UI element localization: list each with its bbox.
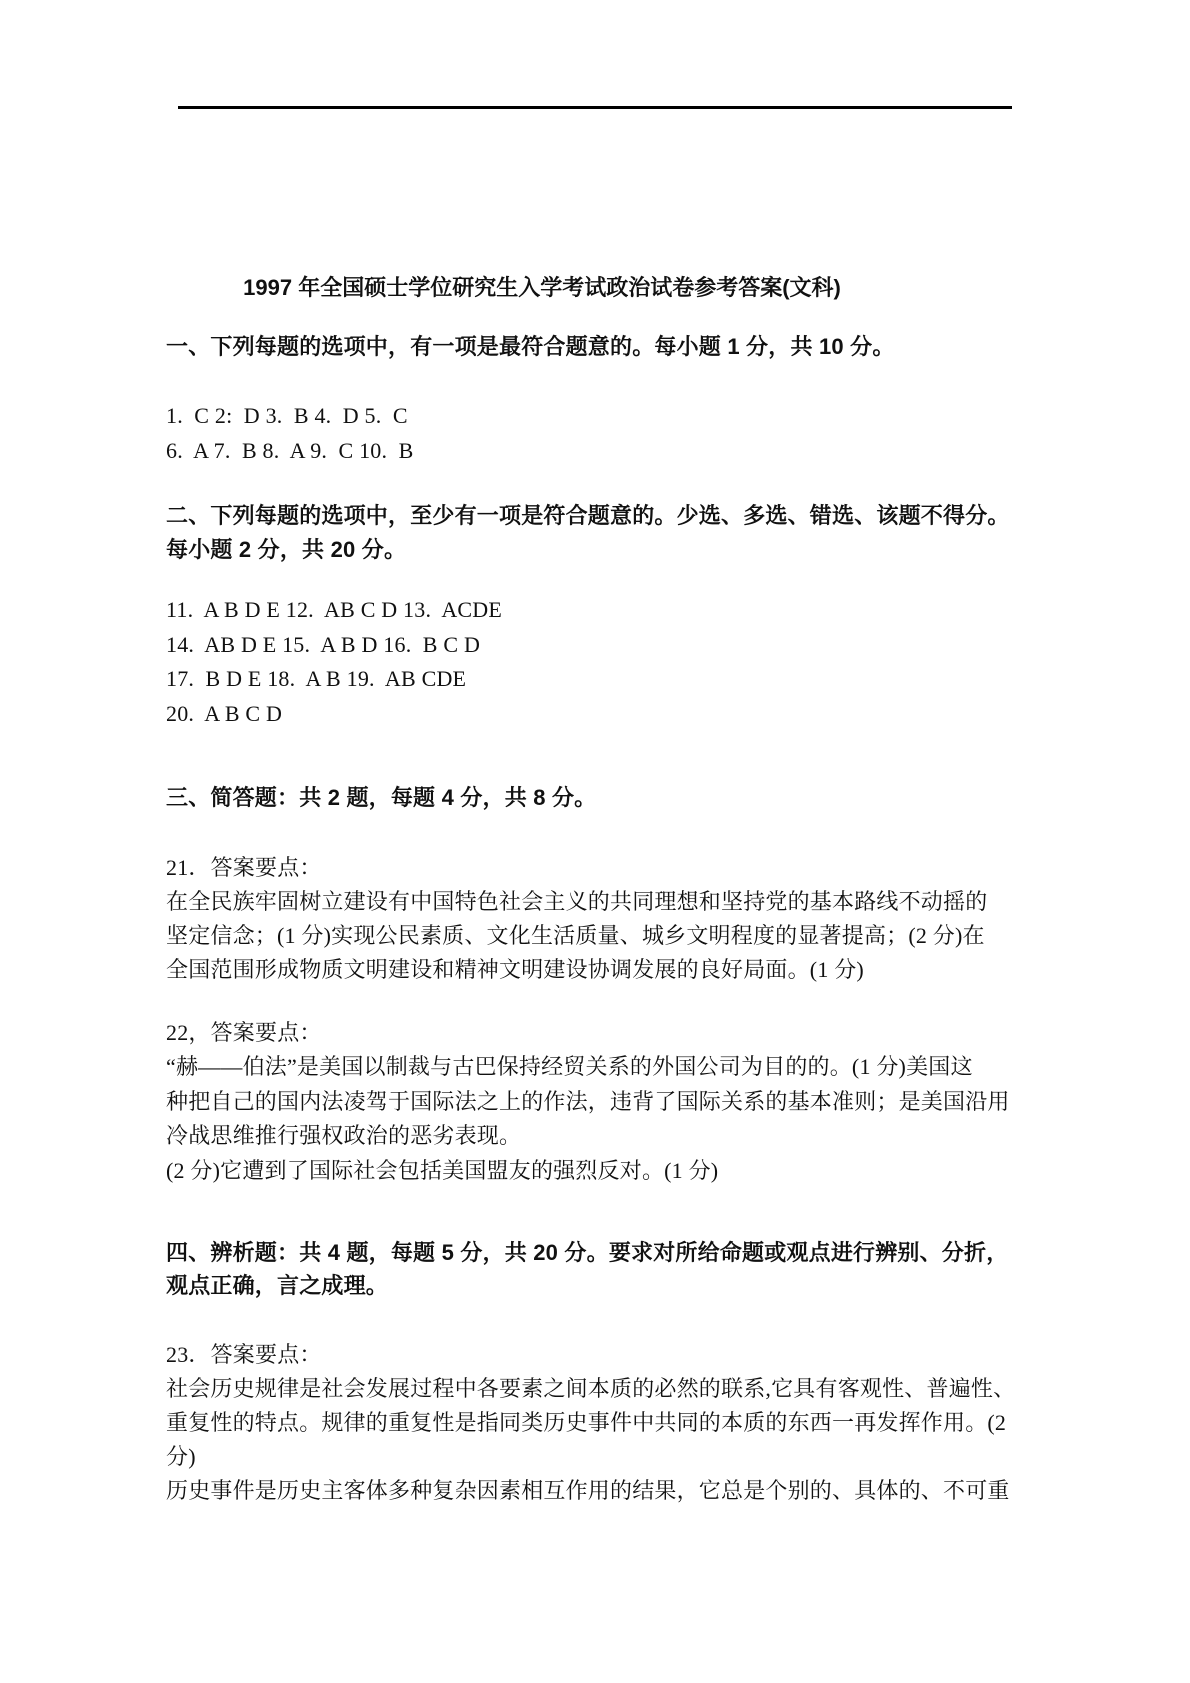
body-line: 种把自己的国内法凌驾于国际法之上的作法，违背了国际关系的基本准则；是美国沿用 [166, 1085, 1036, 1119]
top-horizontal-rule [178, 106, 1012, 109]
page-title: 1997 年全国硕士学位研究生入学考试政治试卷参考答案(文科) [112, 271, 972, 305]
answer-line: 11. A B D E 12. AB C D 13. ACDE [166, 593, 1036, 628]
answer-line: 14. AB D E 15. A B D 16. B C D [166, 628, 1036, 663]
body-line: 坚定信念；(1 分)实现公民素质、文化生活质量、城乡文明程度的显著提高；(2 分… [166, 919, 1036, 953]
body-line: 全国范围形成物质文明建设和精神文明建设协调发展的良好局面。(1 分) [166, 953, 1036, 987]
answer-line: 17. B D E 18. A B 19. AB CDE [166, 662, 1036, 697]
body-line: (2 分)它遭到了国际社会包括美国盟友的强烈反对。(1 分) [166, 1154, 1036, 1188]
section-heading-line: 观点正确，言之成理。 [166, 1269, 1036, 1302]
section-one-heading: 一、下列每题的选项中，有一项是最符合题意的。每小题 1 分，共 10 分。 [166, 330, 1036, 364]
body-line: “赫——伯法”是美国以制裁与古巴保持经贸关系的外国公司为目的的。(1 分)美国这 [166, 1050, 1036, 1084]
document-page: 1997 年全国硕士学位研究生入学考试政治试卷参考答案(文科) 一、下列每题的选… [0, 0, 1190, 1683]
section-heading-line: 每小题 2 分，共 20 分。 [166, 533, 1036, 567]
section-three-heading: 三、简答题：共 2 题，每题 4 分，共 8 分。 [166, 781, 1036, 815]
section-one-answers: 1. C 2: D 3. B 4. D 5. C 6. A 7. B 8. A … [166, 398, 1036, 468]
body-line: 社会历史规律是社会发展过程中各要素之间本质的必然的联系,它具有客观性、普遍性、 [166, 1372, 1036, 1406]
item-label: 21．答案要点： [166, 851, 1036, 885]
body-line: 历史事件是历史主客体多种复杂因素相互作用的结果，它总是个别的、具体的、不可重 [166, 1474, 1036, 1508]
answer-item-23: 23．答案要点： 社会历史规律是社会发展过程中各要素之间本质的必然的联系,它具有… [166, 1338, 1036, 1508]
section-two-answers: 11. A B D E 12. AB C D 13. ACDE 14. AB D… [166, 593, 1036, 731]
body-line: 冷战思维推行强权政治的恶劣表现。 [166, 1119, 1036, 1153]
answer-line: 20. A B C D [166, 697, 1036, 732]
section-heading-line: 二、下列每题的选项中，至少有一项是符合题意的。少选、多选、错选、该题不得分。 [166, 499, 1036, 533]
section-four-heading: 四、辨析题：共 4 题，每题 5 分，共 20 分。要求对所给命题或观点进行辨别… [166, 1236, 1036, 1302]
section-heading-line: 四、辨析题：共 4 题，每题 5 分，共 20 分。要求对所给命题或观点进行辨别… [166, 1236, 1036, 1269]
item-label: 23．答案要点： [166, 1338, 1036, 1372]
answer-line: 1. C 2: D 3. B 4. D 5. C [166, 398, 1036, 433]
section-heading-line: 三、简答题：共 2 题，每题 4 分，共 8 分。 [166, 781, 1036, 815]
body-line: 在全民族牢固树立建设有中国特色社会主义的共同理想和坚持党的基本路线不动摇的 [166, 885, 1036, 919]
answer-item-21: 21．答案要点： 在全民族牢固树立建设有中国特色社会主义的共同理想和坚持党的基本… [166, 851, 1036, 987]
item-label: 22，答案要点： [166, 1016, 1036, 1050]
body-line: 分) [166, 1440, 1036, 1474]
answer-line: 6. A 7. B 8. A 9. C 10. B [166, 433, 1036, 468]
answer-item-22: 22，答案要点： “赫——伯法”是美国以制裁与古巴保持经贸关系的外国公司为目的的… [166, 1016, 1036, 1188]
section-heading-line: 一、下列每题的选项中，有一项是最符合题意的。每小题 1 分，共 10 分。 [166, 330, 1036, 364]
section-two-heading: 二、下列每题的选项中，至少有一项是符合题意的。少选、多选、错选、该题不得分。 每… [166, 499, 1036, 567]
body-line: 重复性的特点。规律的重复性是指同类历史事件中共同的本质的东西一再发挥作用。(2 [166, 1406, 1036, 1440]
